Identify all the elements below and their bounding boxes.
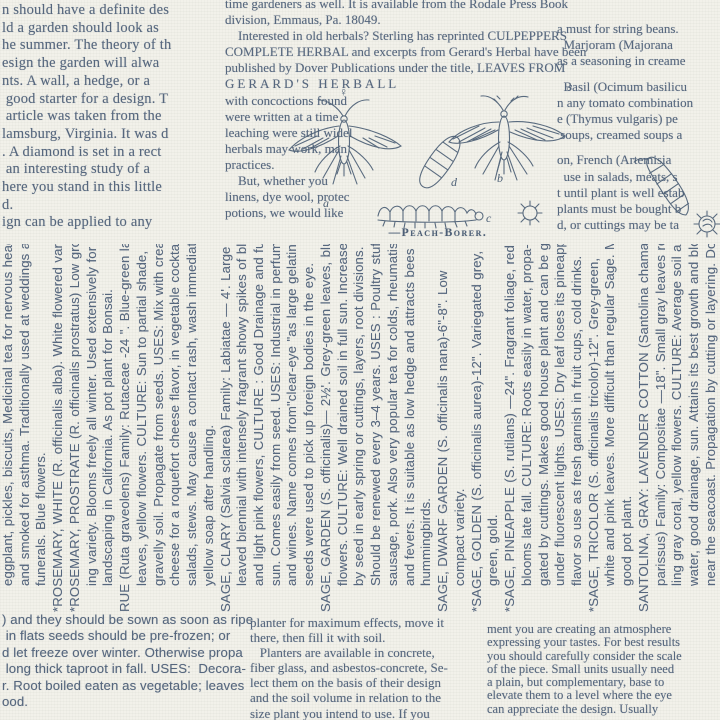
text-line: gravelly soil. Propagate from seeds. USE… [151,244,168,612]
text-line: ign can be applied to any [2,214,224,232]
text-line: here you stand in this little [2,179,224,197]
text-line: good starter for a design. T [2,91,224,109]
text-line: blooms late fall. CULTURE: Roots easily … [519,244,536,612]
text-line: time gardeners as well. It is available … [225,0,617,12]
text-line: planter for maximum effects, move it [250,615,490,630]
spiky-egg-icon [518,201,542,225]
text-line: article was taken from the [2,108,224,126]
text-line: ment you are creating an atmosphere [487,623,720,636]
peach-borer-illustration: ♀ a d ♂ b c [283,74,720,246]
text-line: ling gray coral, yellow flowers. CULTURE… [669,244,686,612]
text-line: water, good drainage, sun. Attains its b… [686,244,703,612]
article-bottom-right: ment you are creating an atmosphereexpre… [487,623,720,716]
text-line: *SAGE, GOLDEN (S. officinalis aurea)-12"… [469,244,486,612]
text-line: hummingbirds. [418,244,435,612]
article-top-left: n should have a definite desld a garden … [2,2,224,232]
text-line: expressing your tastes. For best results [487,636,720,649]
text-line: Marjoram (Majorana [557,37,720,53]
text-line: SANTOLINA, GRAY: LAVENDER COTTON (Santol… [636,244,653,612]
text-line: r. Root boiled eaten as vegetable; leave… [2,678,254,694]
text-line: and fevers. It is suitable as low hedge … [402,244,419,612]
label-c: c [486,211,492,225]
illustration-caption: —Peach-Borer. [350,227,526,239]
text-line: you should carefully consider the scale [487,650,720,663]
text-line: nts. A wall, a hedge, or a [2,73,224,91]
label-b: b [497,171,503,185]
text-line: of the piece. Small units usually need [487,663,720,676]
text-line: good pot plant. [619,244,636,612]
text-line: yellow soap after handling. [201,244,218,612]
article-bottom-left: ) and they should be sown as soon as rip… [2,612,254,710]
text-line: *SAGE, TRICOLOR (S. officinalis tricolor… [586,244,603,612]
text-line: . A diamond is set in a rect [2,144,224,162]
text-line: gated by cuttings. Makes good house plan… [536,244,553,612]
female-symbol: ♀ [339,85,348,99]
text-line: long thick taproot in fall. USES: Decora… [2,661,254,677]
text-line: green, gold. [485,244,502,612]
text-line: in flats seeds should be pre-frozen; or [2,628,254,644]
text-line: salads, stews. May cause a contact rash,… [184,244,201,612]
text-line: elevate them to a level where the eye [487,689,720,702]
text-line: a plain, but complementary, base to [487,676,720,689]
text-line: and smoked for asthma. Traditionally use… [17,244,34,612]
text-line: eggplant, pickles, biscuits, Medicinal t… [0,244,17,612]
text-line: d let freeze over winter. Otherwise prop… [2,645,254,661]
pupa-icon [414,131,466,193]
article-bottom-middle: planter for maximum effects, move itther… [250,615,490,720]
text-line: and light pink flowers, CULTURE : Good D… [251,244,268,612]
larva-icon [634,148,696,222]
text-line: compact variety. [452,244,469,612]
label-d: d [451,175,458,189]
text-line: Should be renewed every 3–4 years. USES … [368,244,385,612]
female-moth-icon [289,100,401,184]
text-line: n should have a definite des [2,2,224,20]
text-line: by seed in early spring or cuttings, lay… [351,244,368,612]
text-line: an interesting study of a [2,161,224,179]
spiky-egg-icon [694,211,720,237]
text-line: as a seasoning in creame [557,53,720,69]
text-line: sun. Comes easily from seed. USES: Indus… [268,244,285,612]
text-line: and the soil volume in relation to the [250,690,490,705]
text-line: *ROSEMARY, WHITE (R. officinalis alba). … [50,244,67,612]
text-line: there, then fill it with soil. [250,630,490,645]
text-line: near the seacoast. Propagation by cuttin… [703,244,720,612]
text-line: flowers. CULTURE: Well drained soil in f… [335,244,352,612]
text-line: landscaping in California. As pot plant … [100,244,117,612]
text-line: ing variety. Blooms freely all winter. U… [84,244,101,612]
text-line: cheese for a roquefort cheese flavor, in… [167,244,184,612]
fabric-swatch: { "palette": { "background": "#f2f1ea", … [0,0,720,720]
text-line: he summer. The theory of th [2,37,224,55]
vertical-herb-catalog: eggplant, pickles, biscuits, Medicinal t… [0,244,720,612]
text-line: a must for string beans. [557,21,720,37]
text-line: can appreciate the design. Usually [487,703,720,716]
text-line: leaves, yellow flowers. CULTURE: Sun to … [134,244,151,612]
text-line: Planters are available in concrete, [250,645,490,660]
text-line: SAGE, DWARF GARDEN (S. officinalis nana)… [435,244,452,612]
text-line: *ROSEMARY, PROSTRATE (R. officinalis pro… [67,244,84,612]
text-line: ld a garden should look as [2,20,224,38]
text-line: RUE (Ruta graveolens) Family: Rutaceae -… [117,244,134,612]
male-moth-icon [449,96,565,180]
caterpillar-icon [378,206,483,228]
text-line: and wines. Name comes from"clear-eye "as… [284,244,301,612]
text-line: seeds were used to pick up foreign bodie… [301,244,318,612]
label-a: a [323,196,329,210]
text-line: *SAGE, PINEAPPLE (S. rutilans) —24". Fra… [502,244,519,612]
text-line: fiber glass, and asbestos-concrete, Se- [250,660,490,675]
text-line: leaved biennial with intensely fragrant … [234,244,251,612]
text-line: white and pink leaves. More difficult th… [602,244,619,612]
text-line: funerals. Blue flowers. [33,244,50,612]
text-line: lect them on the basis of their design [250,675,490,690]
text-line: d. [2,197,224,215]
text-line: lamsburg, Virginia. It was d [2,126,224,144]
text-line: parissus) Family: Compositae —18". Small… [653,244,670,612]
text-line: sausage, pork. Also very popular tea for… [385,244,402,612]
text-line: under fluorescent lights. USES: Dry leaf… [552,244,569,612]
text-line: esign the garden will alwa [2,55,224,73]
text-line: ood. [2,694,254,710]
text-line: SAGE, GARDEN (S. officinalis)— 2½'. Grey… [318,244,335,612]
text-line: SAGE, CLARY (Salvia sclarea) Family: Lab… [218,244,235,612]
male-symbol: ♂ [565,81,574,95]
text-line: ) and they should be sown as soon as rip… [2,612,254,628]
text-line: size plant you intend to use. If you [250,706,490,720]
text-line: flavor so use as fresh garnish in fruit … [569,244,586,612]
